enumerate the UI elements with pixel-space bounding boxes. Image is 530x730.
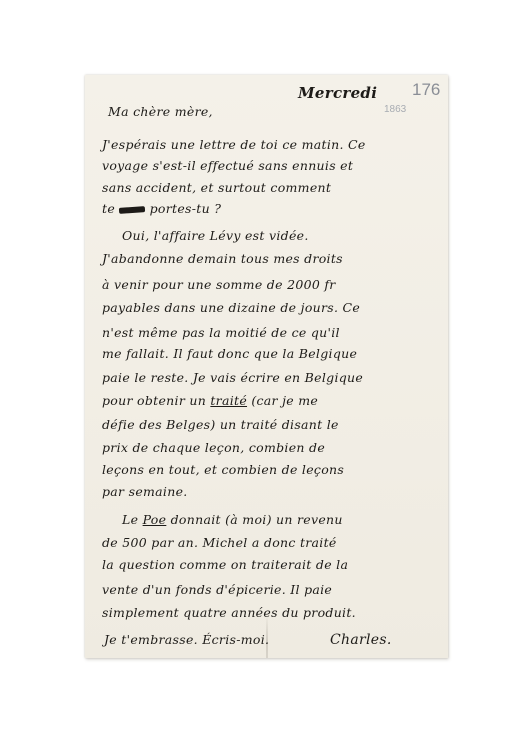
- letter-line-9: n'est même pas la moitié de ce qu'il: [102, 325, 340, 340]
- letter-line-8: payables dans une dizaine de jours. Ce: [102, 300, 360, 315]
- letter-line-12: pour obtenir un traité (car je me: [102, 393, 318, 408]
- letter-line-2: voyage s'est-il effectué sans ennuis et: [102, 158, 353, 173]
- letter-line-3: sans accident, et surtout comment: [102, 180, 331, 195]
- year-annotation: 1863: [384, 104, 406, 115]
- folio-number: 176: [412, 80, 440, 100]
- dateline: Mercredi: [298, 84, 377, 102]
- letter-line-4: te x portes-tu ?: [102, 201, 221, 216]
- line17-text: donnait (à moi) un revenu: [171, 512, 343, 527]
- letter-line-15: leçons en tout, et combien de leçons: [102, 462, 344, 477]
- letter-line-19: la question comme on traiterait de la: [102, 557, 348, 572]
- line17-prefix: Le: [122, 512, 138, 527]
- letter-line-1: J'espérais une lettre de toi ce matin. C…: [102, 137, 366, 152]
- letter-line-11: paie le reste. Je vais écrire en Belgiqu…: [102, 370, 363, 385]
- letter-line-14: prix de chaque leçon, combien de: [102, 440, 325, 455]
- letter-line-21: simplement quatre années du produit.: [102, 605, 356, 620]
- letter-line-16: par semaine.: [102, 484, 188, 499]
- underlined-word-traite: traité: [210, 393, 247, 408]
- letter-line-5: Oui, l'affaire Lévy est vidée.: [122, 228, 309, 243]
- letter-line-7: à venir pour une somme de 2000 fr: [102, 277, 336, 292]
- letter-line-17: Le Poe donnait (à moi) un revenu: [122, 512, 343, 527]
- letter-line-18: de 500 par an. Michel a donc traité: [102, 535, 337, 550]
- line4-prefix: te: [102, 201, 115, 216]
- line4-text: portes-tu ?: [150, 201, 222, 216]
- line12-text: pour obtenir un: [102, 393, 206, 408]
- letter-line-20: vente d'un fonds d'épicerie. Il paie: [102, 582, 332, 597]
- signature: Charles.: [330, 632, 392, 648]
- line12-rest: (car je me: [251, 393, 318, 408]
- closing-line: Je t'embrasse. Écris-moi.: [104, 632, 269, 647]
- struck-out-word: x: [119, 206, 145, 214]
- letter-line-10: me fallait. Il faut donc que la Belgique: [102, 346, 357, 361]
- underlined-word-poe: Poe: [143, 512, 167, 527]
- letter-line-13: défie des Belges) un traité disant le: [102, 417, 339, 432]
- letter-line-6: J'abandonne demain tous mes droits: [102, 251, 343, 266]
- salutation: Ma chère mère,: [108, 104, 213, 119]
